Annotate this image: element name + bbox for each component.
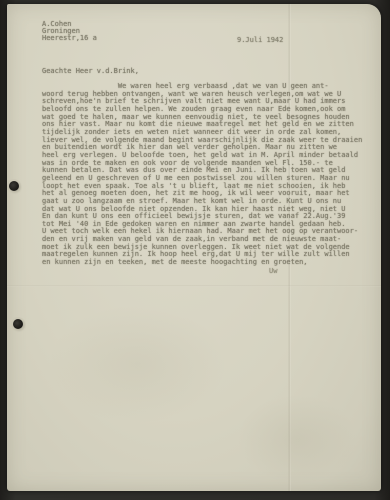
- letter-paper: A.Cohen Groningen Heerestr,16 a 9.Juli 1…: [7, 4, 381, 491]
- paper-crease-horizontal: [7, 285, 381, 287]
- sender-address-block: A.Cohen Groningen Heerestr,16 a: [42, 21, 97, 43]
- letter-body: We waren heel erg verbaasd ,dat we van U…: [42, 83, 367, 267]
- salutation: Geachte Heer v.d.Brink,: [42, 68, 139, 75]
- letter-date: 9.Juli 1942: [237, 37, 283, 44]
- punch-hole-bottom: [13, 319, 23, 329]
- punch-hole-top: [9, 181, 19, 191]
- closing-signature: Uw: [269, 267, 277, 275]
- sender-street: Heerestr,16 a: [42, 34, 97, 42]
- paper-stain: [237, 394, 357, 484]
- paper-stain: [47, 304, 227, 424]
